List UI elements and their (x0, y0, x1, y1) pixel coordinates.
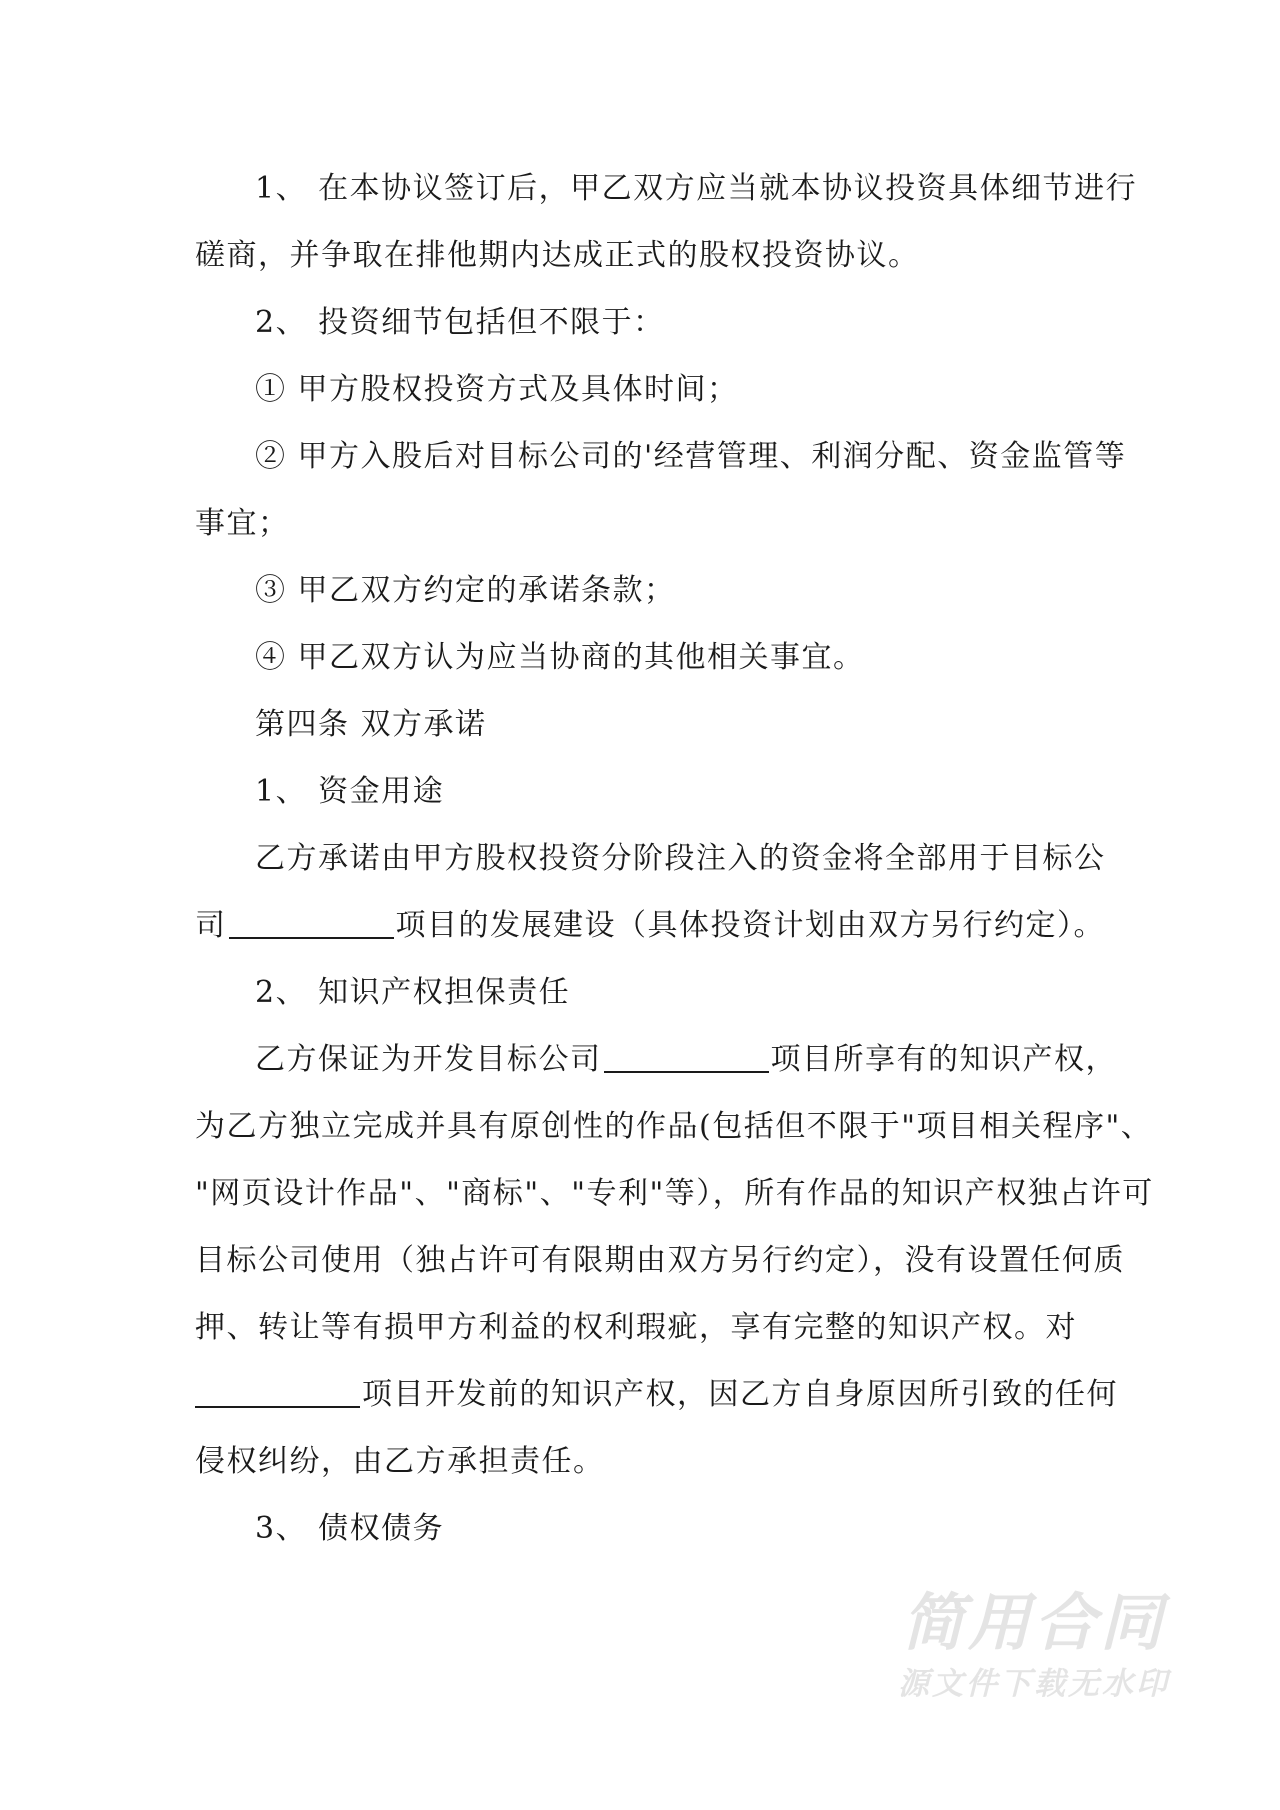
line-text: 目标公司使用（独占许可有限期由双方另行约定），没有设置任何质 (195, 1243, 1125, 1278)
text-line: 目标公司使用（独占许可有限期由双方另行约定），没有设置任何质 (195, 1227, 1085, 1294)
line-text: ④ 甲乙双方认为应当协商的其他相关事宜。 (255, 640, 865, 675)
text-line: "网页设计作品"、"商标"、"专利"等），所有作品的知识产权独占许可 (195, 1160, 1085, 1227)
text-line: ① 甲方股权投资方式及具体时间； (195, 356, 1085, 423)
text-line: 乙方承诺由甲方股权投资分阶段注入的资金将全部用于目标公 (195, 825, 1085, 892)
subsection-title: 1、 资金用途 (255, 774, 444, 809)
line-text: 事宜； (195, 506, 290, 541)
text-line: 磋商，并争取在排他期内达成正式的股权投资协议。 (195, 222, 1085, 289)
subsection-heading: 2、 知识产权担保责任 (195, 959, 1085, 1026)
line-text: 侵权纠纷，由乙方承担责任。 (195, 1444, 605, 1479)
line-text: ① 甲方股权投资方式及具体时间； (255, 372, 739, 407)
watermark-title: 简用合同 (884, 1588, 1184, 1658)
text-line: ④ 甲乙双方认为应当协商的其他相关事宜。 (195, 624, 1085, 691)
subsection-heading: 1、 资金用途 (195, 758, 1085, 825)
watermark: 简用合同 源文件下载无水印 (884, 1588, 1184, 1704)
line-text-before: 乙方保证为开发目标公司 (255, 1042, 602, 1077)
line-text-after: 项目所享有的知识产权， (771, 1042, 1118, 1077)
fill-in-blank (604, 1070, 769, 1073)
text-line-with-blank: 司项目的发展建设（具体投资计划由双方另行约定）。 (195, 892, 1085, 959)
subsection-title: 3、 债权债务 (255, 1511, 444, 1546)
article-title: 第四条 双方承诺 (255, 707, 487, 742)
subsection-title: 2、 知识产权担保责任 (255, 975, 570, 1010)
text-line: 2、 投资细节包括但不限于： (195, 289, 1085, 356)
text-line-with-blank: 项目开发前的知识产权，因乙方自身原因所引致的任何 (195, 1361, 1085, 1428)
text-line: 为乙方独立完成并具有原创性的作品(包括但不限于"项目相关程序"、 (195, 1093, 1085, 1160)
line-text-after: 项目的发展建设（具体投资计划由双方另行约定）。 (396, 908, 1106, 943)
document-page: 1、 在本协议签订后，甲乙双方应当就本协议投资具体细节进行 磋商，并争取在排他期… (195, 155, 1085, 1562)
line-text-before: 司 (195, 908, 227, 943)
line-text: "网页设计作品"、"商标"、"专利"等），所有作品的知识产权独占许可 (195, 1176, 1154, 1211)
text-line: 押、转让等有损甲方利益的权利瑕疵，享有完整的知识产权。对 (195, 1294, 1085, 1361)
subsection-heading: 3、 债权债务 (195, 1495, 1085, 1562)
line-text: ② 甲方入股后对目标公司的'经营管理、利润分配、资金监管等 (255, 439, 1126, 474)
line-text: ③ 甲乙双方约定的承诺条款； (255, 573, 676, 608)
text-line: ② 甲方入股后对目标公司的'经营管理、利润分配、资金监管等 (195, 423, 1085, 490)
section-heading: 第四条 双方承诺 (195, 691, 1085, 758)
line-text: 2、 投资细节包括但不限于： (255, 305, 665, 340)
text-line-with-blank: 乙方保证为开发目标公司项目所享有的知识产权， (195, 1026, 1085, 1093)
text-line: 事宜； (195, 490, 1085, 557)
text-line: 侵权纠纷，由乙方承担责任。 (195, 1428, 1085, 1495)
watermark-subtitle: 源文件下载无水印 (884, 1664, 1184, 1704)
line-text: 押、转让等有损甲方利益的权利瑕疵，享有完整的知识产权。对 (195, 1310, 1077, 1345)
text-line: 1、 在本协议签订后，甲乙双方应当就本协议投资具体细节进行 (195, 155, 1085, 222)
text-line: ③ 甲乙双方约定的承诺条款； (195, 557, 1085, 624)
line-text: 磋商，并争取在排他期内达成正式的股权投资协议。 (195, 238, 920, 273)
line-text: 1、 在本协议签订后，甲乙双方应当就本协议投资具体细节进行 (255, 171, 1137, 206)
fill-in-blank (229, 936, 394, 939)
line-text: 乙方承诺由甲方股权投资分阶段注入的资金将全部用于目标公 (255, 841, 1106, 876)
line-text: 为乙方独立完成并具有原创性的作品(包括但不限于"项目相关程序"、 (195, 1109, 1152, 1144)
fill-in-blank (195, 1405, 360, 1408)
line-text-after: 项目开发前的知识产权，因乙方自身原因所引致的任何 (362, 1377, 1118, 1412)
